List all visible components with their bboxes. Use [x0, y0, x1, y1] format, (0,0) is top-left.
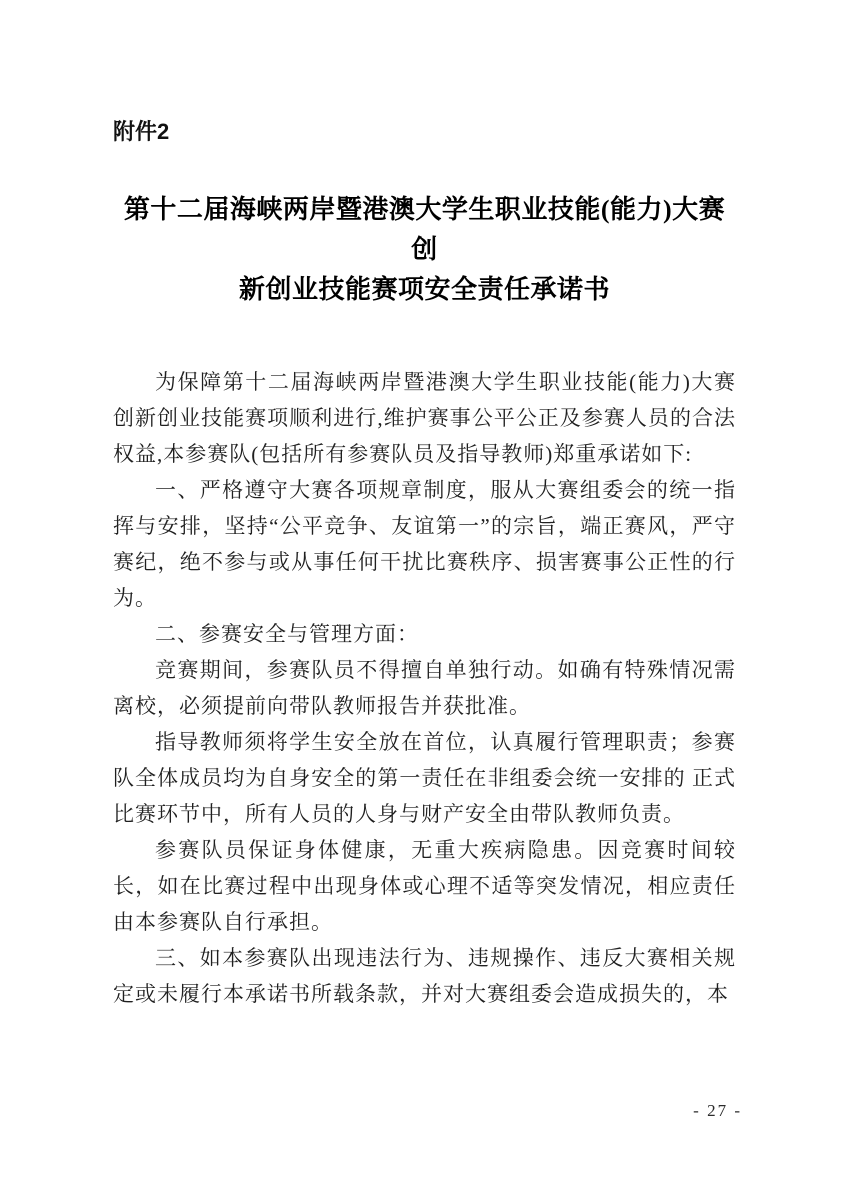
document-body: 为保障第十二届海峡两岸暨港澳大学生职业技能(能力)大赛创新创业技能赛项顺利进行,…: [113, 364, 736, 1012]
document-title-line-2: 新创业技能赛项安全责任承诺书: [113, 270, 736, 310]
document-title-line-1: 第十二届海峡两岸暨港澳大学生职业技能(能力)大赛创: [113, 190, 736, 270]
document-title: 第十二届海峡两岸暨港澳大学生职业技能(能力)大赛创 新创业技能赛项安全责任承诺书: [113, 190, 736, 310]
page-number: - 27 -: [693, 1100, 742, 1122]
paragraph-intro: 为保障第十二届海峡两岸暨港澳大学生职业技能(能力)大赛创新创业技能赛项顺利进行,…: [113, 364, 736, 472]
paragraph-item-3-partial: 三、如本参赛队出现违法行为、违规操作、违反大赛相关规定或未履行本承诺书所载条款，…: [113, 940, 736, 1012]
paragraph-item-2-rule-2: 指导教师须将学生安全放在首位，认真履行管理职责；参赛队全体成员均为自身安全的第一…: [113, 724, 736, 832]
paragraph-item-2-rule-1: 竞赛期间，参赛队员不得擅自单独行动。如确有特殊情况需离校，必须提前向带队教师报告…: [113, 652, 736, 724]
paragraph-item-2-heading: 二、参赛安全与管理方面：: [113, 616, 736, 652]
attachment-label: 附件2: [113, 118, 736, 146]
paragraph-item-2-rule-3: 参赛队员保证身体健康，无重大疾病隐患。因竞赛时间较长，如在比赛过程中出现身体或心…: [113, 832, 736, 940]
paragraph-item-1: 一、严格遵守大赛各项规章制度，服从大赛组委会的统一指挥与安排，坚持“公平竞争、友…: [113, 472, 736, 616]
document-page: 附件2 第十二届海峡两岸暨港澳大学生职业技能(能力)大赛创 新创业技能赛项安全责…: [0, 0, 848, 1200]
